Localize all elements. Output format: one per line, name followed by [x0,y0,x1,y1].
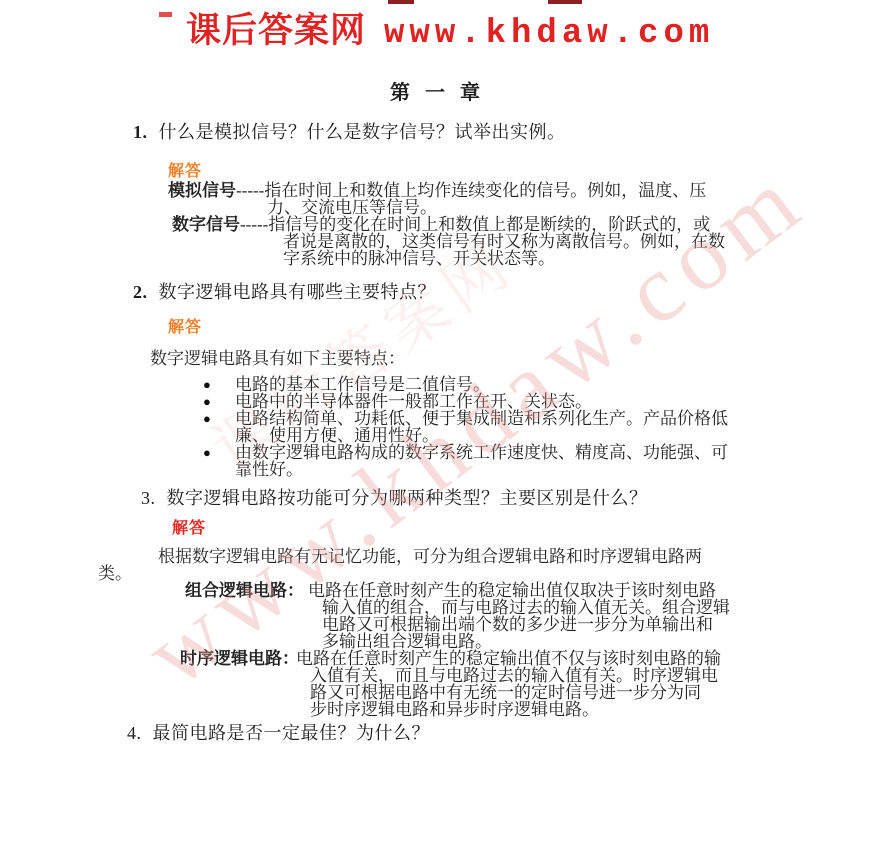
question-2-text: 数字逻辑电路具有哪些主要特点？ [159,282,437,302]
question-4: 4.最简电路是否一定最佳？为什么？ [127,724,430,743]
question-2-number: 2. [133,282,148,302]
bullet-icon: ● [203,377,211,393]
definition-digital-line-3: 字系统中的脉冲信号、开关状态等。 [283,249,555,268]
bullet-icon: ● [203,394,211,410]
term-combinational-logic: 组合逻辑电路： [185,581,304,600]
answer-label-2: 解答 [168,318,202,337]
site-name-text: 课后答案网 [186,11,366,50]
chapter-title: 第 一 章 [0,76,870,105]
document-page: 课后答案网 www.khdaw.com 课后答案网www.khdaw.com 第… [0,0,870,842]
question-1-number: 1. [133,122,148,142]
term-sequential-logic: 时序逻辑电路： [180,649,299,668]
dash-separator: ----- [236,181,264,200]
term-analog-signal: 模拟信号 [168,181,236,200]
question-4-number: 4. [127,723,142,743]
question-3-text: 数字逻辑电路按功能可分为哪两种类型？主要区别是什么？ [167,488,648,508]
bullet-icon: ● [203,445,211,461]
answer-label-1: 解答 [168,162,202,181]
classification-para-line-1: 根据数字逻辑电路有无记忆功能，可分为组合逻辑电路和时序逻辑电路两 [158,547,702,566]
question-1: 1.什么是模拟信号？什么是数字信号？试举出实例。 [133,123,566,142]
question-1-text: 什么是模拟信号？什么是数字信号？试举出实例。 [159,122,566,142]
dash-separator: ----- [240,215,268,234]
page-edge-artifact [159,12,172,17]
classification-para-line-2: 类。 [98,564,132,583]
definition-analog-line-1: 模拟信号-----指在时间上和数值上均作连续变化的信号。例如，温度、压 [168,181,706,200]
bullet-icon: ● [203,411,211,427]
site-banner: 课后答案网www.khdaw.com [186,3,714,53]
combinational-term-row: 组合逻辑电路： [185,581,304,600]
feature-item-4-line-2: 靠性好。 [235,460,303,479]
term-digital-signal: 数字信号 [172,215,240,234]
question-4-text: 最简电路是否一定最佳？为什么？ [153,723,431,743]
question-2: 2.数字逻辑电路具有哪些主要特点？ [133,283,436,302]
sequential-desc-line-4: 步时序逻辑电路和异步时序逻辑电路。 [310,700,599,719]
question-3-number: 3. [141,488,156,508]
site-url-text: www.khdaw.com [384,15,714,53]
features-intro: 数字逻辑电路具有如下主要特点： [150,349,405,368]
sequential-term-row: 时序逻辑电路： [180,649,299,668]
answer-label-3: 解答 [172,519,206,538]
feature-item-4-line-1: 由数字逻辑电路构成的数字系统工作速度快、精度高、功能强、可 [235,443,728,462]
question-3: 3.数字逻辑电路按功能可分为哪两种类型？主要区别是什么？ [141,489,648,508]
